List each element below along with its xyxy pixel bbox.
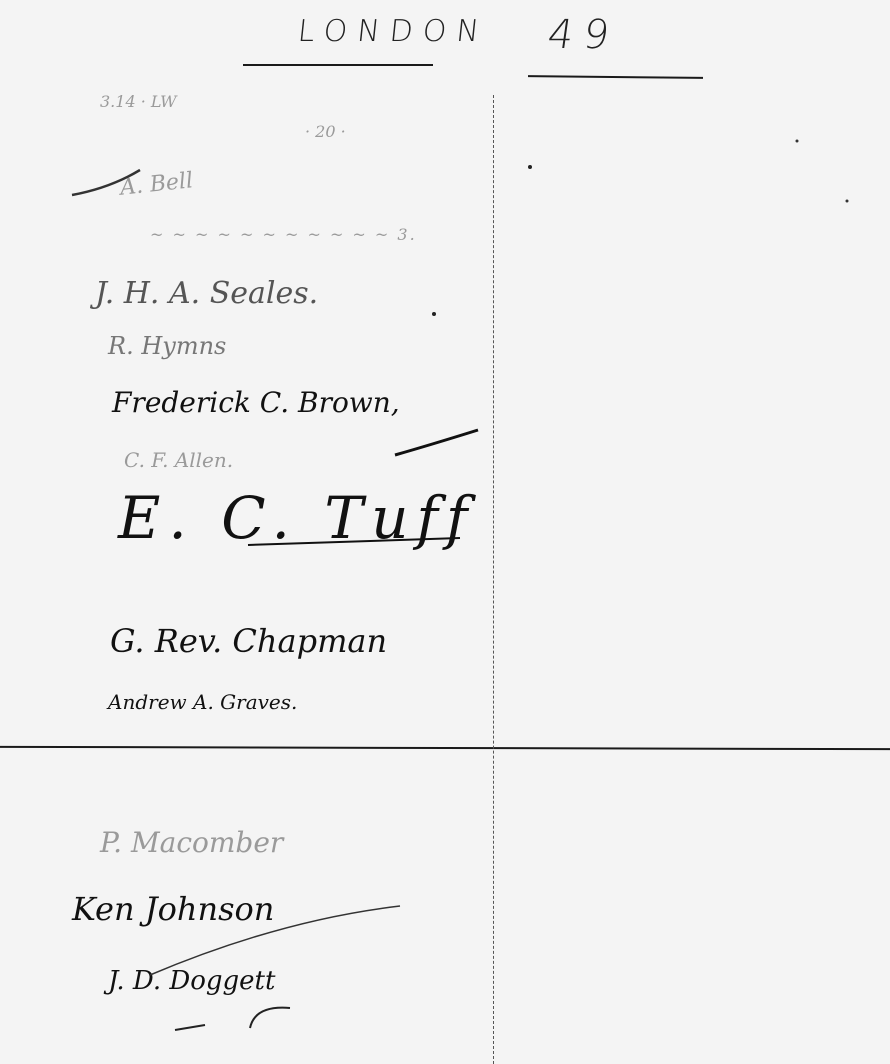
- signature-9: Andrew A. Graves.: [108, 690, 297, 714]
- signature-8: G. Rev. Chapman: [110, 622, 387, 660]
- signature-7: E. C. Tuff: [118, 484, 475, 552]
- heading-underline-right: [528, 75, 703, 78]
- signature-11: Ken Johnson: [72, 890, 274, 928]
- signature-4: R. Hymns: [108, 332, 226, 360]
- faint-note-line-2: · 20 ·: [305, 122, 346, 141]
- signature-1: A. Bell: [119, 168, 194, 201]
- horizontal-divider: [0, 746, 890, 750]
- scanned-document-page: LONDON 49 3.14 · LW · 20 · A. Bell ~ ~ ~…: [0, 0, 890, 1064]
- document-heading-number: 49: [545, 12, 622, 58]
- faint-note-line-1: 3.14 · LW: [100, 92, 177, 111]
- signature-6: C. F. Allen.: [124, 448, 233, 472]
- document-heading-title: LONDON: [296, 14, 491, 49]
- signature-5: Frederick C. Brown,: [112, 386, 400, 419]
- signature-12: J. D. Doggett: [108, 966, 275, 996]
- signature-2: ~ ~ ~ ~ ~ ~ ~ ~ ~ ~ ~ 3.: [150, 225, 417, 244]
- vertical-divider: [493, 95, 494, 1064]
- signature-3: J. H. A. Seales.: [95, 276, 318, 311]
- heading-underline-left: [243, 64, 433, 66]
- signature-10: P. Macomber: [100, 826, 283, 859]
